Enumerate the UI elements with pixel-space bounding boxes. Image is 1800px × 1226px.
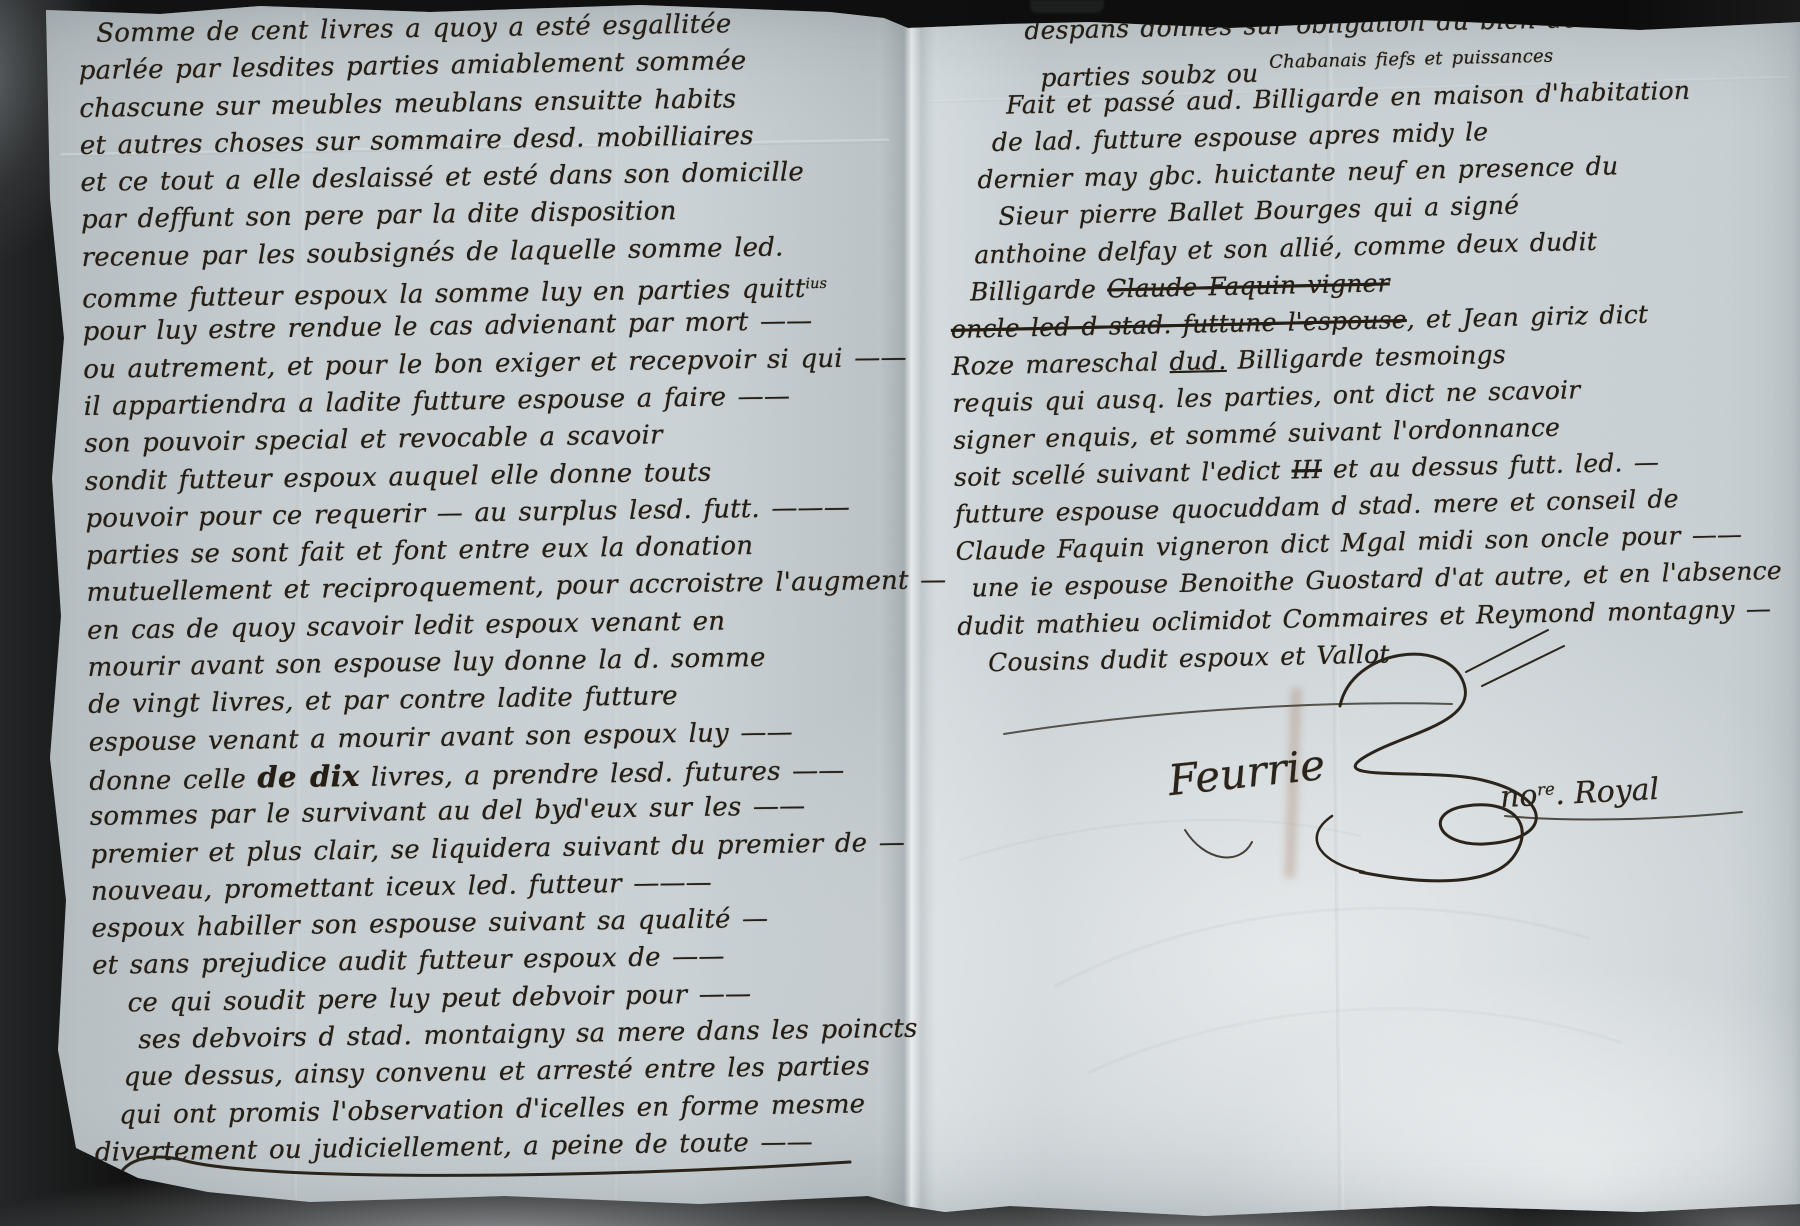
manuscript-segment: Chabanais fiefs et puissances: [1269, 46, 1554, 73]
manuscript-segment: et sans prejudice audit futteur espoux d…: [92, 942, 725, 981]
manuscript-segment: nouveau, promettant iceux led. futteur —…: [91, 868, 712, 907]
manuscript-segment: il appartiendra a ladite futture espouse…: [84, 381, 791, 421]
manuscript-segment: Somme de cent livres a quoy a esté esgal…: [96, 9, 732, 48]
manuscript-scan: Somme de cent livres a quoy a esté esgal…: [0, 0, 1800, 1226]
notary-signature: Feurrie: [1166, 740, 1327, 805]
notary-title: nore. Royal: [1499, 772, 1660, 815]
manuscript-segment: recenue par les soubsignés de laquelle s…: [81, 232, 783, 272]
manuscript-segment: que dessus, ainsy convenu et arresté ent…: [124, 1052, 871, 1093]
manuscript-segment: divertement ou judiciellement, a peine d…: [95, 1127, 813, 1168]
manuscript-segment: sommes par le survivant au del byd'eux s…: [90, 792, 806, 833]
right-page-text: despans donnés sur obligation du bien de…: [944, 0, 1800, 682]
left-page-text: Somme de cent livres a quoy a esté esgal…: [78, 4, 913, 1172]
manuscript-segment: et autres choses sur sommaire desd. mobi…: [80, 121, 754, 161]
manuscript-segment: Billigarde: [970, 274, 1108, 306]
manuscript-segment: dud.: [1169, 346, 1226, 376]
manuscript-segment: et au dessus futt. led. —: [1321, 448, 1659, 484]
manuscript-segment: espouse venant a mourir avant son espoux…: [89, 717, 793, 757]
manuscript-segment: III: [1291, 455, 1322, 485]
manuscript-segment: en cas de quoy scavoir ledit espoux vena…: [87, 606, 725, 645]
manuscript-segment: soit scellé suivant l'edict: [954, 456, 1292, 492]
manuscript-segment: parlée par lesdites parties amiablement …: [79, 46, 747, 86]
manuscript-segment: et ce tout a elle deslaissé et esté dans…: [80, 157, 804, 198]
manuscript-segment: . Royal: [1554, 772, 1660, 812]
manuscript-segment: livres, a prendre lesd. futures ——: [359, 756, 845, 793]
manuscript-segment: mourir avant son espouse luy donne la d.…: [87, 643, 765, 683]
manuscript-segment: chascune sur meubles meublans ensuitte h…: [79, 84, 736, 124]
manuscript-segment: son pouvoir special et revocable a scavo…: [84, 421, 663, 460]
manuscript-segment: espoux habiller son espouse suivant sa q…: [91, 904, 768, 944]
manuscript-segment: no: [1499, 778, 1538, 815]
manuscript-segment: Roze mareschal: [951, 347, 1170, 381]
manuscript-segment: par deffunt son pere par la dite disposi…: [81, 197, 677, 236]
manuscript-segment: Claude Faquin vigner: [1107, 268, 1390, 303]
manuscript-segment: ius: [805, 276, 827, 292]
manuscript-segment: de vingt livres, et par contre ladite fu…: [88, 682, 678, 721]
manuscript-segment: parties se sont fait et font entre eux l…: [86, 531, 754, 571]
manuscript-segment: donne celle: [89, 764, 258, 796]
manuscript-segment: oncle led d stad. futtune l'espouse: [951, 305, 1407, 344]
scan-artifact-top-notch: [1030, 0, 1104, 13]
manuscript-segment: sondit futteur espoux auquel elle donne …: [85, 457, 712, 496]
manuscript-segment: de dix: [257, 759, 359, 795]
manuscript-segment: , et Jean giriz dict: [1406, 299, 1648, 333]
manuscript-segment: Billigarde tesmoings: [1226, 340, 1506, 375]
manuscript-segment: ce qui soudit pere luy peut debvoir pour…: [127, 979, 751, 1018]
manuscript-segment: qui ont promis l'observation d'icelles e…: [119, 1089, 865, 1130]
manuscript-segment: re: [1537, 779, 1556, 799]
paper-sheet: Somme de cent livres a quoy a esté esgal…: [0, 0, 1800, 1226]
manuscript-segment: Cousins dudit espoux et Vallot: [988, 639, 1390, 677]
manuscript-segment: pour luy estre rendue le cas advienant p…: [82, 307, 812, 348]
